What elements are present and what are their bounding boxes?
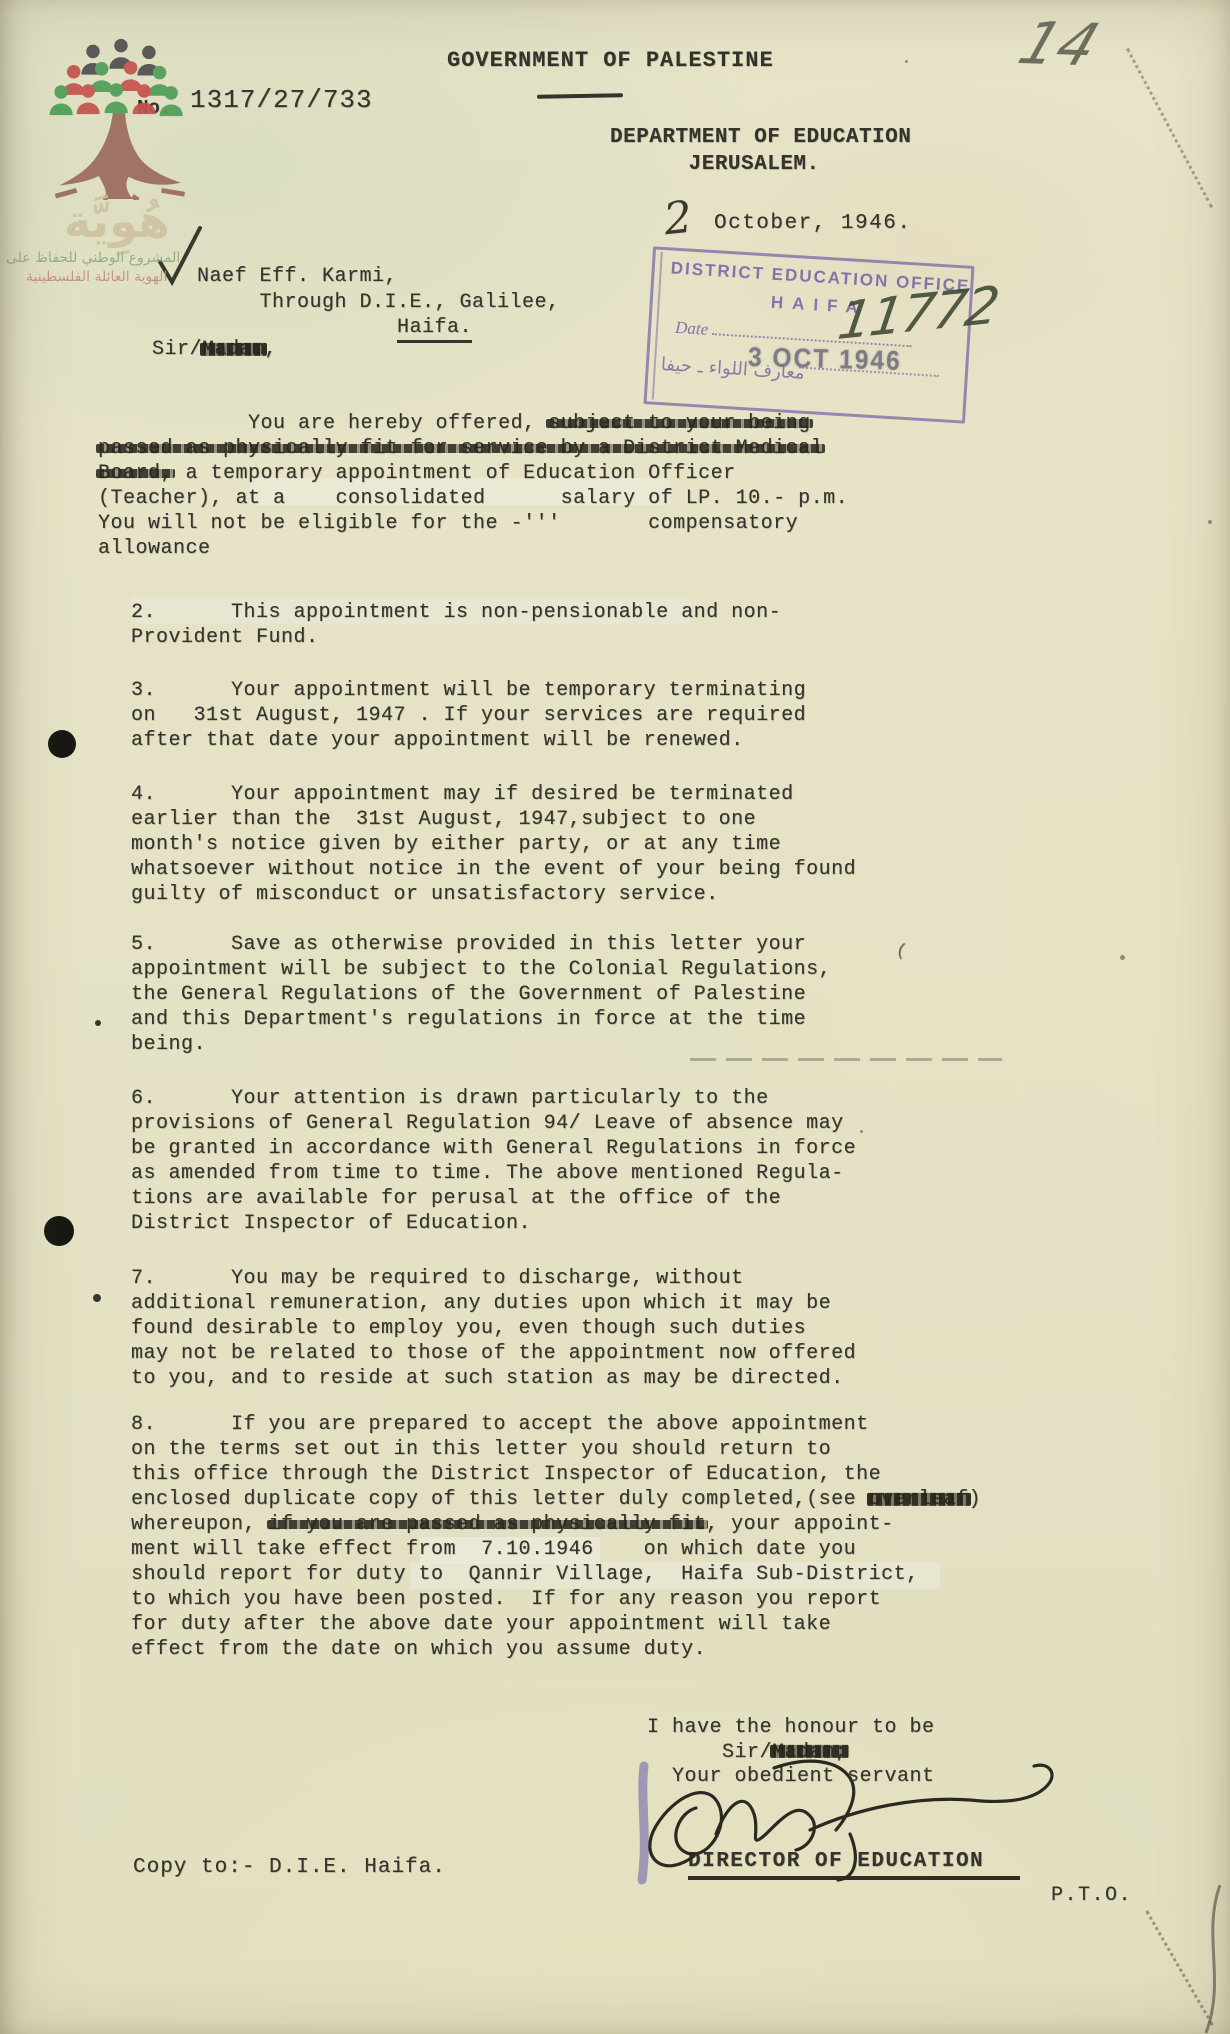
ink-speck <box>1120 955 1125 960</box>
paragraph-3: 3. Your appointment will be temporary te… <box>131 678 806 753</box>
typed-line: provisions of General Regulation 94/ Lea… <box>131 1111 856 1136</box>
watermark-arabic-line2: الهوية العائلة الفلسطينية <box>26 269 167 285</box>
document-page: هُوِيَّة المشروع الوطني للحفاظ على الهوي… <box>0 0 1230 2034</box>
addressee-block: Naef Eff. Karmi, Through D.I.E., Galilee… <box>197 264 560 341</box>
salutation: Sir/Madam, <box>152 337 277 362</box>
copy-to-line: Copy to:- D.I.E. Haifa. <box>133 1856 446 1879</box>
department-block: DEPARTMENT OF EDUCATION JERUSALEM. <box>610 124 911 178</box>
typed-line: guilty of misconduct or unsatisfactory s… <box>131 882 856 907</box>
paragraph-4: 4. Your appointment may if desired be te… <box>131 782 856 907</box>
typed-line: passed as physically fit for service by … <box>98 436 848 461</box>
scan-smudge-line <box>690 1058 1002 1061</box>
typed-line: 4. Your appointment may if desired be te… <box>131 782 856 807</box>
handwritten-page-number: 14 <box>1010 9 1107 80</box>
typed-line: 8. If you are prepared to accept the abo… <box>131 1412 981 1437</box>
typed-line: month's notice given by either party, or… <box>131 832 856 857</box>
stamp-date-label: Date <box>675 318 709 339</box>
typed-line: 6. Your attention is drawn particularly … <box>131 1086 856 1111</box>
watermark-arabic-title: هُوِيَّة <box>64 194 170 248</box>
letterhead-title: GOVERNMENT OF PALESTINE <box>447 48 774 73</box>
stray-ink-mark: ( <box>894 941 908 962</box>
typed-line: appointment will be subject to the Colon… <box>131 957 831 982</box>
typed-line: (Teacher), at a consolidated salary of L… <box>98 486 848 511</box>
typed-line: whatsoever without notice in the event o… <box>131 857 856 882</box>
ink-speck <box>860 1130 863 1133</box>
typed-line: Sir/Madam, <box>152 337 277 362</box>
paragraph-6: 6. Your attention is drawn particularly … <box>131 1086 856 1236</box>
department-name: DEPARTMENT OF EDUCATION <box>610 126 911 149</box>
typed-line: ment will take effect from 7.10.1946 on … <box>131 1537 981 1562</box>
letterhead-rule <box>537 93 623 99</box>
letter-date: October, 1946. <box>714 212 911 235</box>
ink-speck <box>93 1294 101 1302</box>
typed-line: allowance <box>98 536 848 561</box>
typed-line: tions are available for perusal at the o… <box>131 1186 856 1211</box>
typed-line: 3. Your appointment will be temporary te… <box>131 678 806 703</box>
ink-speck <box>905 60 908 63</box>
typed-line: District Inspector of Education. <box>131 1211 856 1236</box>
typed-line: for duty after the above date your appoi… <box>131 1612 981 1637</box>
watermark-arabic-line1: المشروع الوطني للحفاظ على <box>6 250 180 266</box>
purple-smudge <box>642 1766 644 1880</box>
typed-line: Through D.I.E., Galilee, <box>197 290 560 316</box>
typed-line: You will not be eligible for the -''' co… <box>98 511 848 536</box>
signature-ink <box>598 1738 1068 1890</box>
ink-speck <box>1208 520 1212 524</box>
reference-number: 1317/27/733 <box>190 85 373 115</box>
corner-pen-stroke <box>1192 1885 1230 2034</box>
hole-punch-mark <box>48 730 76 758</box>
typed-line: after that date your appointment will be… <box>131 728 806 753</box>
typed-line: to which you have been posted. If for an… <box>131 1587 981 1612</box>
archive-tree-logo-icon <box>46 36 194 200</box>
ink-speck <box>95 1020 101 1026</box>
hole-punch-mark <box>44 1216 74 1246</box>
paragraph-7: 7. You may be required to discharge, wit… <box>131 1266 856 1391</box>
paragraph-8: 8. If you are prepared to accept the abo… <box>131 1412 981 1662</box>
typed-line: whereupon, if you are passed as physical… <box>131 1512 981 1537</box>
typed-line: enclosed duplicate copy of this letter d… <box>131 1487 981 1512</box>
typed-line: may not be related to those of the appoi… <box>131 1341 856 1366</box>
typed-line: be granted in accordance with General Re… <box>131 1136 856 1161</box>
paragraph-1: You are hereby offered, subject to your … <box>98 411 848 561</box>
typed-line: additional remuneration, any duties upon… <box>131 1291 856 1316</box>
typed-line: You are hereby offered, subject to your … <box>98 411 848 436</box>
typed-line: the General Regulations of the Governmen… <box>131 982 831 1007</box>
typed-line: this office through the District Inspect… <box>131 1462 981 1487</box>
typed-line: to you, and to reside at such station as… <box>131 1366 856 1391</box>
paragraph-2: 2. This appointment is non-pensionable a… <box>131 600 781 650</box>
typed-line: being. <box>131 1032 831 1057</box>
typed-line: on 31st August, 1947 . If your services … <box>131 703 806 728</box>
typed-line: as amended from time to time. The above … <box>131 1161 856 1186</box>
typed-line: 5. Save as otherwise provided in this le… <box>131 932 831 957</box>
typed-line: Provident Fund. <box>131 625 781 650</box>
typed-line: found desirable to employ you, even thou… <box>131 1316 856 1341</box>
typed-line: earlier than the 31st August, 1947,subje… <box>131 807 856 832</box>
handwritten-day: 2 <box>661 192 694 246</box>
typed-line: Board, a temporary appointment of Educat… <box>98 461 848 486</box>
typed-line: I have the honour to be <box>647 1716 935 1741</box>
typed-line: 2. This appointment is non-pensionable a… <box>131 600 781 625</box>
typed-line: should report for duty to Qannir Village… <box>131 1562 981 1587</box>
typed-line: and this Department's regulations in for… <box>131 1007 831 1032</box>
tree-people-canopy <box>50 39 183 116</box>
scan-speckle-trail <box>1126 48 1213 208</box>
department-city: JERUSALEM. <box>610 153 820 176</box>
typed-line: effect from the date on which you assume… <box>131 1637 981 1662</box>
typed-line: on the terms set out in this letter you … <box>131 1437 981 1462</box>
paragraph-5: 5. Save as otherwise provided in this le… <box>131 932 831 1057</box>
typed-line: 7. You may be required to discharge, wit… <box>131 1266 856 1291</box>
typed-line: Naef Eff. Karmi, <box>197 264 560 290</box>
